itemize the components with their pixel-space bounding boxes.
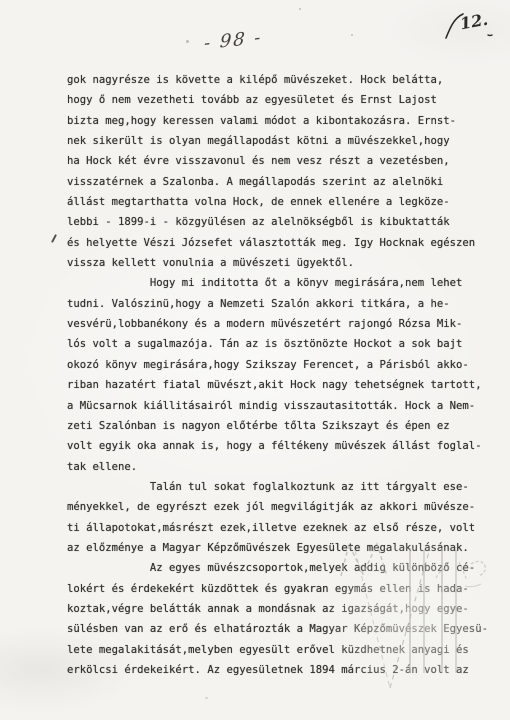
text-line: az előzménye a Magyar Képzőmüvészek Egye… — [67, 538, 497, 558]
text-line: Talán tul sokat foglalkoztunk az itt tár… — [67, 477, 497, 497]
text-line: vesvérü,lobbanékony és a modern müvészet… — [67, 314, 497, 334]
text-line: lokért és érdekekért küzdöttek és gyakra… — [67, 579, 497, 599]
text-line: bizta meg,hogy keressen valami módot a k… — [67, 111, 497, 131]
text-line: tak ellene. — [67, 457, 497, 477]
document-page: - 98 - 12. gok nagyrésze is követte a ki… — [0, 0, 510, 720]
text-line: tudni. Valószinü,hogy a Nemzeti Szalón a… — [67, 294, 497, 314]
text-line: hogy ő nem vezetheti tovább az egyesület… — [67, 90, 497, 110]
text-line: lebbi - 1899-i - közgyülésen az alelnöks… — [67, 212, 497, 232]
text-line: sülésben van az erő és elhatározták a Ma… — [67, 619, 497, 639]
margin-pen-mark — [51, 234, 57, 243]
text-line: volt egyik oka annak is, hogy a féltéken… — [67, 436, 497, 456]
handwritten-page-index: 12. — [444, 8, 500, 44]
text-line: vissza kellett vonulnia a müvészeti ügye… — [67, 253, 497, 273]
text-line: Az egyes müvészcsoportok,melyek addig kü… — [67, 558, 497, 578]
scan-speck — [299, 8, 301, 10]
text-line: riban hazatért fiatal müvészt,akit Hock … — [67, 375, 497, 395]
handwritten-page-number: - 98 - — [203, 27, 263, 54]
text-line: lós volt a sugalmazója. Tán az is ösztön… — [67, 334, 497, 354]
text-line: okozó könyv megirására,hogy Szikszay Fer… — [67, 355, 497, 375]
text-line: a Mücsarnok kiállitásairól mindig vissza… — [67, 396, 497, 416]
text-line: gok nagyrésze is követte a kilépő müvész… — [67, 70, 497, 90]
text-line: ményekkel, de egyrészt ezek jól megvilág… — [67, 497, 497, 517]
scan-speck — [98, 466, 101, 469]
text-line: nek sikerült is olyan megállapodást kötn… — [67, 131, 497, 151]
text-line: koztak,végre belátták annak a mondásnak … — [67, 599, 497, 619]
typewritten-text: gok nagyrésze is követte a kilépő müvész… — [67, 70, 497, 680]
text-line: Hogy mi inditotta őt a könyv megirására,… — [67, 273, 497, 293]
scan-speck — [186, 40, 189, 43]
text-line: ti állapotokat,másrészt ezek,illetve eze… — [67, 518, 497, 538]
text-line: és helyette Vészi Józsefet választották … — [67, 233, 497, 253]
text-line: erkölcsi érdekeikért. Az egyesületnek 18… — [67, 660, 497, 680]
scan-speck — [351, 34, 353, 36]
text-line: lete megalakitását,melyben egyesült erőv… — [67, 640, 497, 660]
text-line: zeti Szalónban is nagyon előtérbe tőlta … — [67, 416, 497, 436]
scan-speck — [205, 697, 208, 699]
text-line: visszatérnek a Szalonba. A megállapodás … — [67, 172, 497, 192]
text-line: ha Hock két évre visszavonul és nem vesz… — [67, 151, 497, 171]
text-line: állást megtarthatta volna Hock, de ennek… — [67, 192, 497, 212]
